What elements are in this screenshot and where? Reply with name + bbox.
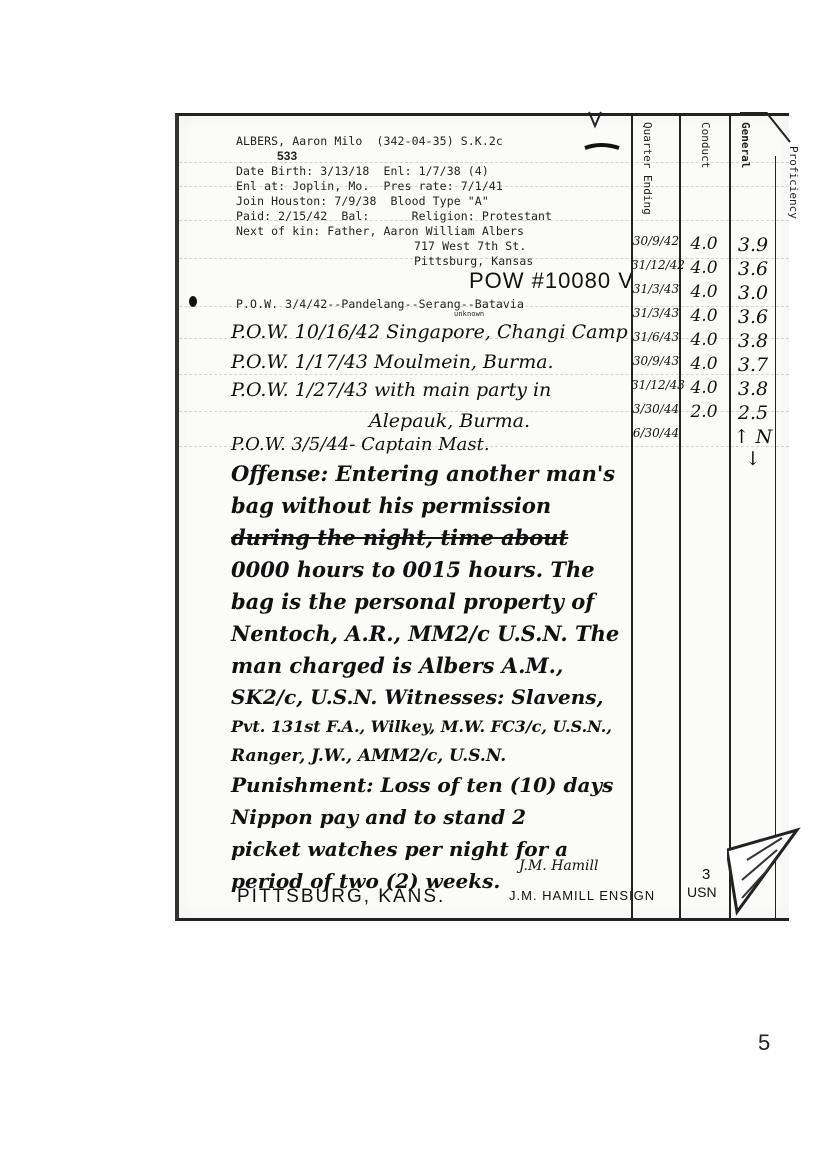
signature: J.M. Hamill [519,858,598,874]
quarter-ending-cell: 31/6/43 [631,330,681,344]
handwritten-line: Alepauk, Burma. [369,410,530,432]
folded-corner [727,820,817,920]
date-birth-line: Date Birth: 3/13/18 Enl: 1/7/38 (4) [236,164,489,178]
paid-line: Paid: 2/15/42 Bal: Religion: Protestant [236,209,552,223]
conduct-cell: 4.0 [679,258,729,278]
handwritten-line: Nippon pay and to stand 2 [231,805,526,829]
quarter-ending-cell: 31/3/43 [631,282,681,296]
handwritten-line: P.O.W. 10/16/42 Singapore, Changi Camp [231,321,628,343]
handwritten-line: picket watches per night for a [231,837,568,861]
pow-number-stamp: POW #10080 V [469,268,634,294]
handwritten-line: Pvt. 131st F.A., Wilkey, M.W. FC3/c, U.S… [231,717,612,736]
handwritten-line: bag without his permission [231,493,551,518]
general-cell: 2.5 [731,402,775,424]
address-line-1: 717 West 7th St. [414,239,526,253]
handwritten-line-struck: during the night, time about [231,525,568,550]
handwritten-line: SK2/c, U.S.N. Witnesses: Slavens, [231,685,604,709]
conduct-cell: 2.0 [679,402,729,422]
handwritten-line: P.O.W. 1/27/43 with main party in [231,379,551,401]
handwritten-line: bag is the personal property of [231,589,594,614]
quarter-ending-cell: 6/30/44 [631,426,681,440]
handwritten-line: 0000 hours to 0015 hours. The [231,557,595,582]
conduct-cell: 4.0 [679,282,729,302]
quarter-ending-cell: 3/30/44 [631,402,681,416]
signer-branch: USN [687,884,717,900]
general-cell: 3.6 [731,306,775,328]
pow-line-note: unknown [454,310,484,318]
quarter-ending-cell: 31/3/43 [631,306,681,320]
handwritten-line: Nentoch, A.R., MM2/c U.S.N. The [231,621,619,646]
page-number: 5 [758,1030,770,1056]
signer-printed-name: J.M. HAMILL ENSIGN [509,888,655,903]
enl-at-line: Enl at: Joplin, Mo. Pres rate: 7/1/41 [236,179,503,193]
conduct-cell: 4.0 [679,234,729,254]
quarter-ending-cell: 31/12/42 [631,258,681,272]
conduct-cell: 4.0 [679,330,729,350]
name-line: ALBERS, Aaron Milo (342-04-35) S.K.2c [236,134,503,148]
handwritten-line: man charged is Albers A.M., [231,653,563,678]
folded-corner-top [740,112,800,152]
quarter-ending-cell: 30/9/43 [631,354,681,368]
general-cell: 3.8 [731,378,775,400]
pow-line: P.O.W. 3/4/42--Pandelang--Serang--Batavi… [236,297,524,311]
general-cell: 3.8 [731,330,775,352]
handwritten-line: P.O.W. 1/17/43 Moulmein, Burma. [231,351,554,373]
general-cell: 3.7 [731,354,775,376]
quarter-ending-cell: 30/9/42 [631,234,681,248]
column-header-quarter-ending: Quarter Ending [641,122,654,215]
footer-stamp: PITTSBURG, KANS. [237,886,445,908]
handwritten-line: Offense: Entering another man's [231,461,615,486]
column-header-proficiency: Proficiency [787,146,800,219]
conduct-cell: 4.0 [679,354,729,374]
general-cell: ↑ N ↓ [731,426,775,470]
address-line-2: Pittsburg, Kansas [414,254,533,268]
column-header-conduct: Conduct [699,122,712,168]
typewriter-mark [579,110,639,160]
handwritten-line: Ranger, J.W., AMM2/c, U.S.N. [231,746,506,766]
general-cell: 3.9 [731,234,775,256]
join-line: Join Houston: 7/9/38 Blood Type "A" [236,194,489,208]
signer-branch-number: 3 [702,866,710,883]
handwritten-line: P.O.W. 3/5/44- Captain Mast. [231,434,490,455]
ink-dot [189,296,197,307]
service-record-card: ALBERS, Aaron Milo (342-04-35) S.K.2c 53… [175,113,789,921]
conduct-cell: 4.0 [679,378,729,398]
quarter-ending-cell: 31/12/43 [631,378,681,392]
annotation-533: 533 [277,149,297,163]
handwritten-line: Punishment: Loss of ten (10) days [231,773,613,797]
general-cell: 3.0 [731,282,775,304]
conduct-cell: 4.0 [679,306,729,326]
general-cell: 3.6 [731,258,775,280]
next-of-kin-line: Next of kin: Father, Aaron William Alber… [236,224,524,238]
